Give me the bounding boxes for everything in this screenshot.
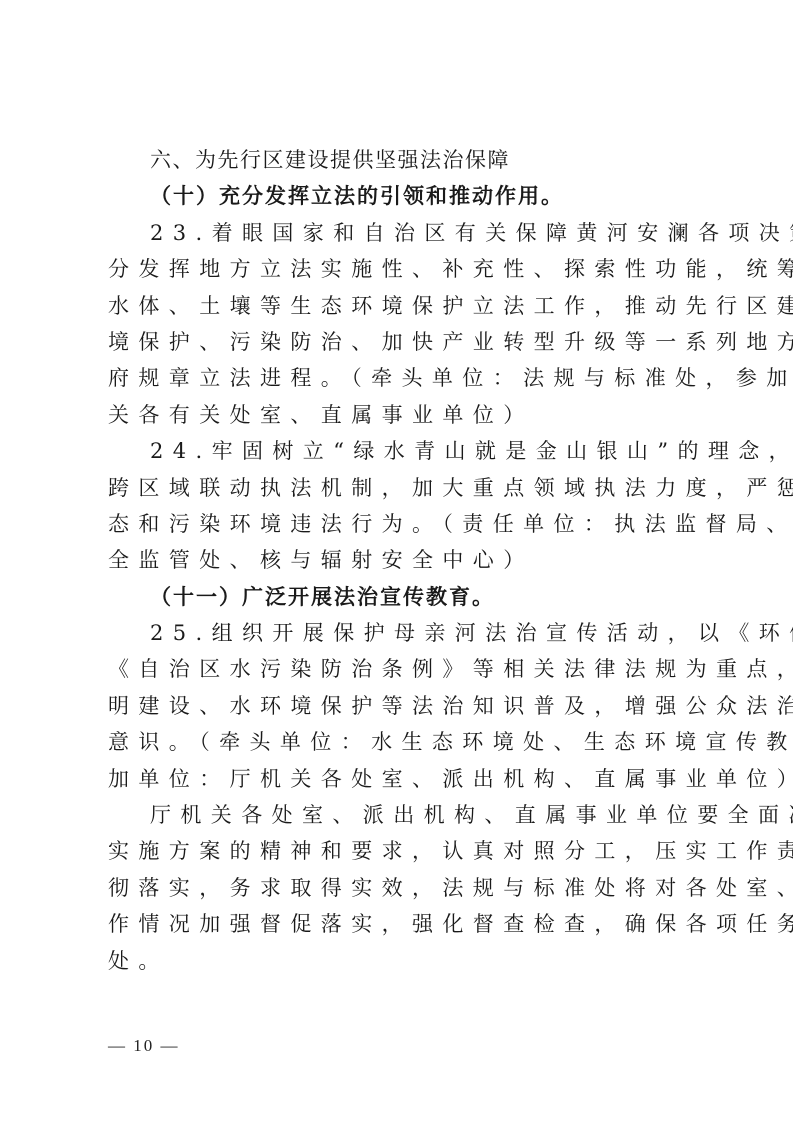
paragraph-line: 24.牢固树立“绿水青山就是金山银山”的理念，强化跨部门、	[108, 433, 692, 469]
document-page: 六、为先行区建设提供坚强法治保障 （十）充分发挥立法的引领和推动作用。 23.着…	[108, 142, 692, 979]
paragraph-line: 水体、土壤等生态环境保护立法工作，推动先行区建设、生态环	[108, 288, 692, 324]
subsection-heading-11: （十一）广泛开展法治宣传教育。	[108, 579, 692, 615]
paragraph-line: 彻落实，务求取得实效，法规与标准处将对各处室、单位开展工	[108, 870, 692, 906]
item-24: 24.牢固树立“绿水青山就是金山银山”的理念，强化跨部门、 跨区域联动执法机制，…	[108, 433, 692, 579]
subsection-heading-10: （十）充分发挥立法的引领和推动作用。	[108, 178, 692, 214]
paragraph-line: 境保护、污染防治、加快产业转型升级等一系列地方性法规和政	[108, 324, 692, 360]
paragraph-line: 全监管处、核与辐射安全中心）	[108, 542, 692, 578]
paragraph-line: 分发挥地方立法实施性、补充性、探索性功能，统筹推进大气、	[108, 251, 692, 287]
section-title: 六、为先行区建设提供坚强法治保障	[108, 142, 692, 178]
paragraph-line: 明建设、水环境保护等法治知识普及，增强公众法治意识和环保	[108, 688, 692, 724]
paragraph-line: 25.组织开展保护母亲河法治宣传活动，以《环保法》《水法》	[108, 615, 692, 651]
paragraph-line: 跨区域联动执法机制，加大重点领域执法力度，严惩重罚破坏生	[108, 470, 692, 506]
closing-paragraph: 厅机关各处室、派出机构、直属事业单位要全面准确把握本 实施方案的精神和要求，认真…	[108, 797, 692, 979]
paragraph-line: 厅机关各处室、派出机构、直属事业单位要全面准确把握本	[108, 797, 692, 833]
paragraph-line: 态和污染环境违法行为。（责任单位：执法监督局、核与辐射安	[108, 506, 692, 542]
paragraph-line: 加单位：厅机关各处室、派出机构、直属事业单位）	[108, 761, 692, 797]
paragraph-line: 意识。（牵头单位：水生态环境处、生态环境宣传教育中心，参	[108, 724, 692, 760]
paragraph-line: 府规章立法进程。（牵头单位：法规与标准处，参加单位：厅机	[108, 360, 692, 396]
paragraph-line: 实施方案的精神和要求，认真对照分工，压实工作责任，狠抓贯	[108, 833, 692, 869]
paragraph-line: 处。	[108, 943, 692, 979]
paragraph-line: 作情况加强督促落实，强化督查检查，确保各项任务措施落到实	[108, 906, 692, 942]
paragraph-line: 关各有关处室、直属事业单位）	[108, 397, 692, 433]
item-25: 25.组织开展保护母亲河法治宣传活动，以《环保法》《水法》 《自治区水污染防治条…	[108, 615, 692, 797]
paragraph-line: 23.着眼国家和自治区有关保障黄河安澜各项决策部署，充	[108, 215, 692, 251]
page-number: — 10 —	[108, 1036, 180, 1056]
paragraph-line: 《自治区水污染防治条例》等相关法律法规为重点，加快生态文	[108, 651, 692, 687]
item-23: 23.着眼国家和自治区有关保障黄河安澜各项决策部署，充 分发挥地方立法实施性、补…	[108, 215, 692, 433]
